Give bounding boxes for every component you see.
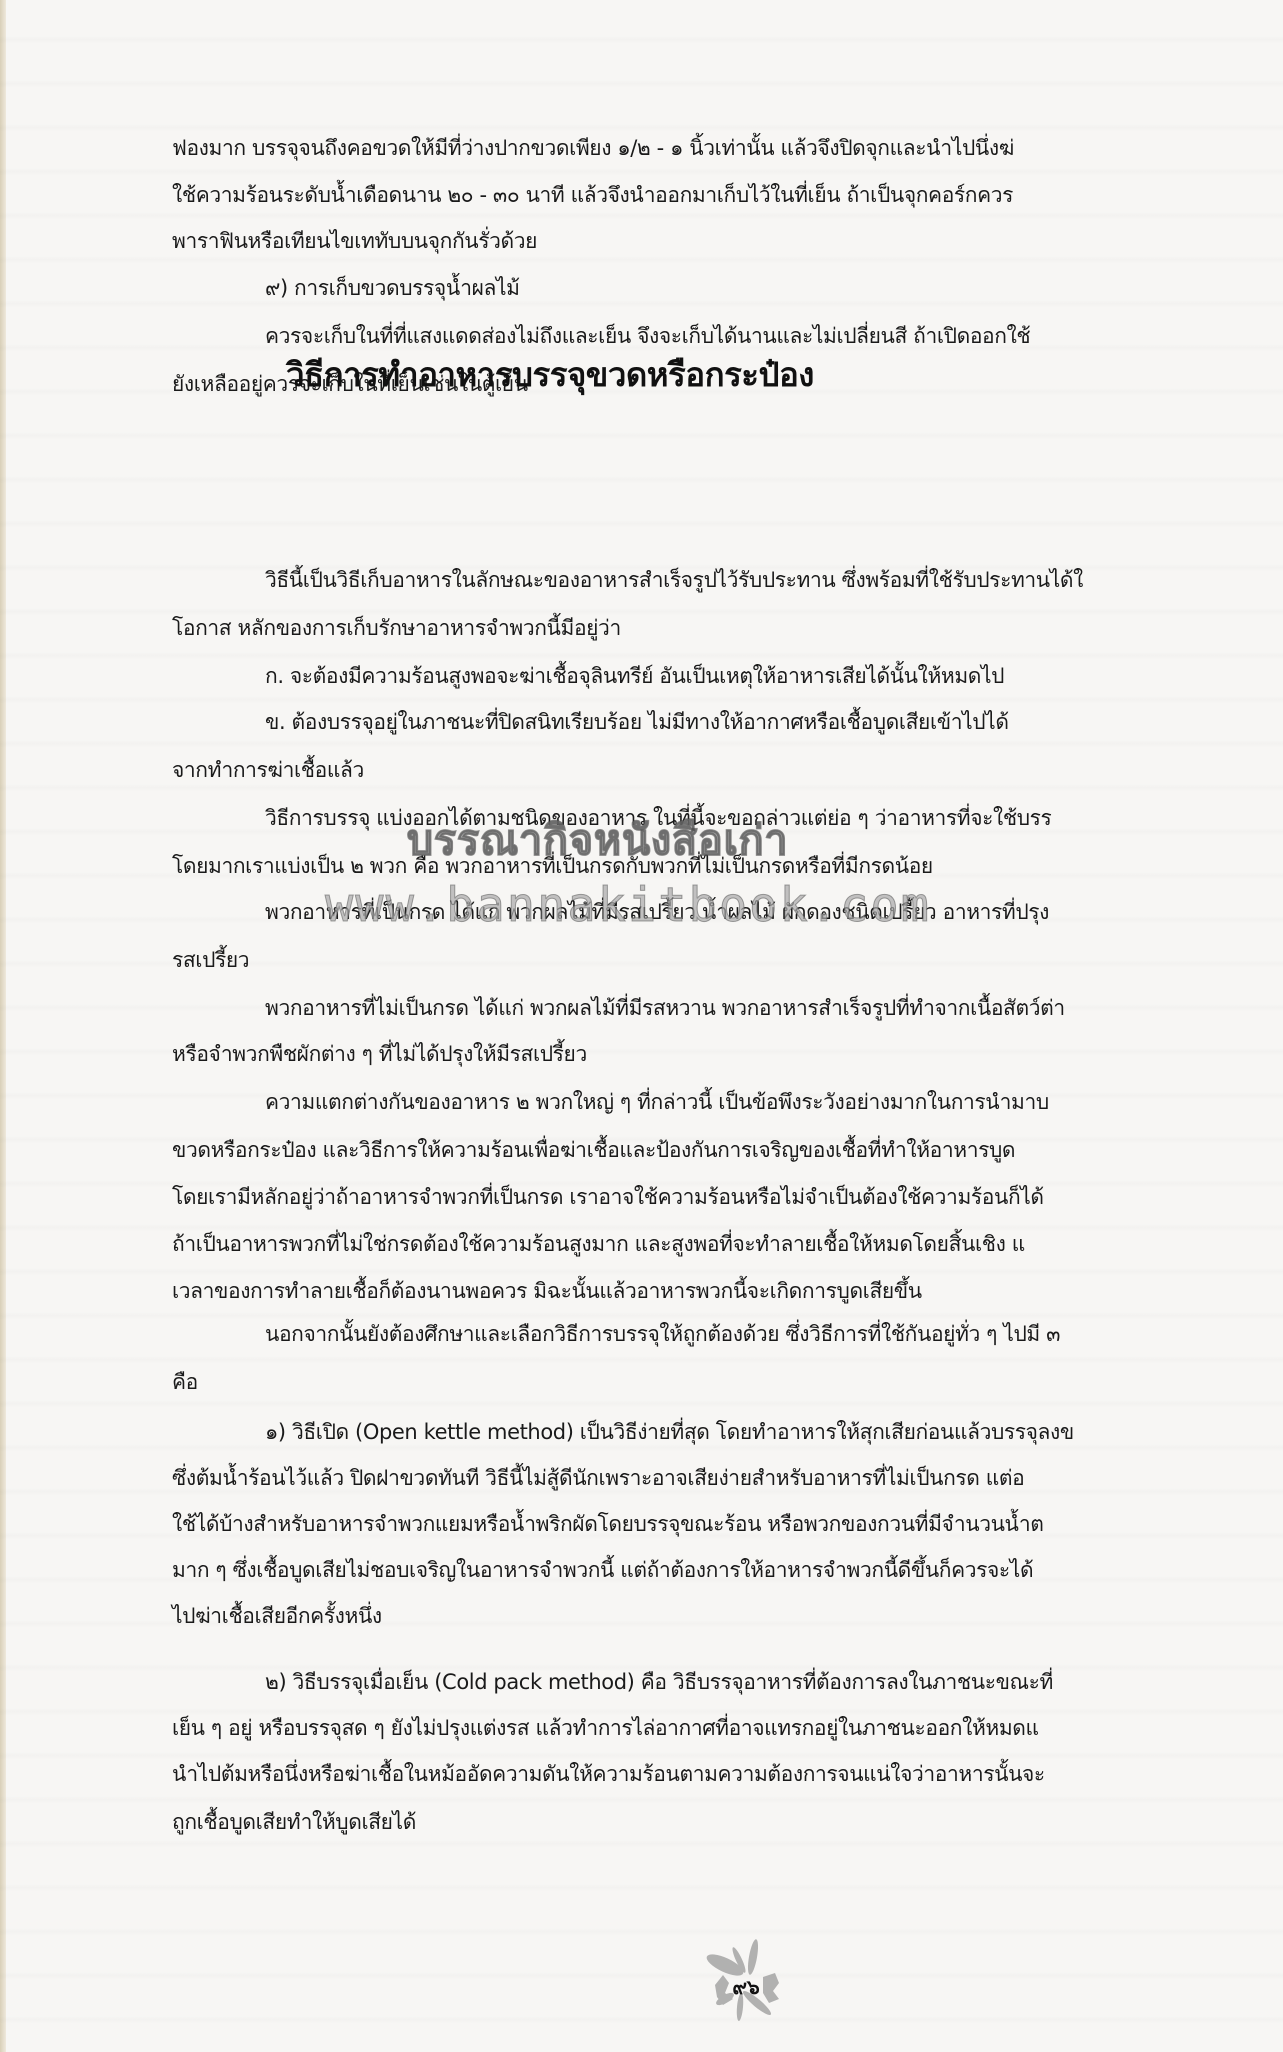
paragraph-line: คือ — [172, 1372, 198, 1393]
paragraph-line: ไปฆ่าเชื้อเสียอีกครั้งหนึ่ง — [172, 1606, 382, 1627]
page-number: ๙๖ — [721, 1971, 771, 2003]
paragraph-line: ความแตกต่างกันของอาหาร ๒ พวกใหญ่ ๆ ที่กล… — [172, 1092, 1049, 1113]
method-item-open-kettle: ๑) วิธีเปิด (Open kettle method) เป็นวิธ… — [172, 1422, 1074, 1443]
paragraph-line: ขวดหรือกระป๋อง และวิธีการให้ความร้อนเพื่… — [172, 1140, 1015, 1161]
method-item-cold-pack: ๒) วิธีบรรจุเมื่อเย็น (Cold pack method)… — [172, 1672, 1053, 1693]
watermark-url: www.bannakitbook.com — [325, 878, 931, 933]
paper-texture — [0, 0, 1283, 2052]
paragraph-line: จากทำการฆ่าเชื้อแล้ว — [172, 760, 364, 781]
paragraph-line: รสเปรี้ยว — [172, 950, 249, 971]
paragraph-line: นอกจากนั้นยังต้องศึกษาและเลือกวิธีการบรร… — [172, 1324, 1060, 1345]
list-item-kho: ข. ต้องบรรจุอยู่ในภาชนะที่ปิดสนิทเรียบร้… — [172, 712, 1009, 733]
paragraph-line: เวลาของการทำลายเชื้อก็ต้องนานพอควร มิฉะน… — [172, 1281, 922, 1302]
paragraph-line: วิธีนี้เป็นวิธีเก็บอาหารในลักษณะของอาหาร… — [172, 570, 1083, 591]
text-line: ควรจะเก็บในที่ที่แสงแดดส่องไม่ถึงและเย็น… — [172, 326, 1030, 347]
paragraph-line: โดยเรามีหลักอยู่ว่าถ้าอาหารจำพวกที่เป็นก… — [172, 1187, 1044, 1208]
paragraph-line: นำไปต้มหรือนึ่งหรือฆ่าเชื้อในหม้ออัดความ… — [172, 1764, 1045, 1785]
paragraph-line: เย็น ๆ อยู่ หรือบรรจุสด ๆ ยังไม่ปรุงแต่ง… — [172, 1718, 1039, 1739]
watermark-shop-name: บรรณากิจหนังสือเก่า — [407, 808, 789, 873]
paragraph-line: ถูกเชื้อบูดเสียทำให้บูดเสียได้ — [172, 1812, 416, 1833]
paragraph-line: โอกาส หลักของการเก็บรักษาอาหารจำพวกนี้มี… — [172, 618, 621, 639]
list-item-ko: ก. จะต้องมีความร้อนสูงพอจะฆ่าเชื้อจุลินท… — [172, 666, 1004, 687]
paragraph-line: ถ้าเป็นอาหารพวกที่ไม่ใช่กรดต้องใช้ความร้… — [172, 1234, 1025, 1255]
paragraph-line: พวกอาหารที่ไม่เป็นกรด ได้แก่ พวกผลไม้ที่… — [172, 998, 1065, 1019]
text-line: ใช้ความร้อนระดับน้ำเดือดนาน ๒๐ - ๓๐ นาที… — [172, 185, 1013, 206]
text-line: พาราฟินหรือเทียนไขเททับบนจุกกันรั่วด้วย — [172, 231, 537, 252]
text-line: ฟองมาก บรรจุจนถึงคอขวดให้มีที่ว่างปากขวด… — [172, 138, 1014, 159]
paragraph-line: ซึ่งต้มน้ำร้อนไว้แล้ว ปิดฝาขวดทันที วิธี… — [172, 1468, 1024, 1489]
list-item-heading: ๙) การเก็บขวดบรรจุน้ำผลไม้ — [172, 278, 520, 299]
page-binding-edge — [0, 0, 6, 2052]
section-heading: วิธีการทำอาหารบรรจุขวดหรือกระป๋อง — [286, 348, 814, 401]
page-number-ornament: ๙๖ — [695, 1935, 795, 2035]
paragraph-line: หรือจำพวกพืชผักต่าง ๆ ที่ไม่ได้ปรุงให้มี… — [172, 1044, 587, 1065]
paragraph-line: มาก ๆ ซึ่งเชื้อบูดเสียไม่ชอบเจริญในอาหาร… — [172, 1560, 1033, 1581]
paragraph-line: ใช้ได้บ้างสำหรับอาหารจำพวกแยมหรือน้ำพริก… — [172, 1514, 1044, 1535]
